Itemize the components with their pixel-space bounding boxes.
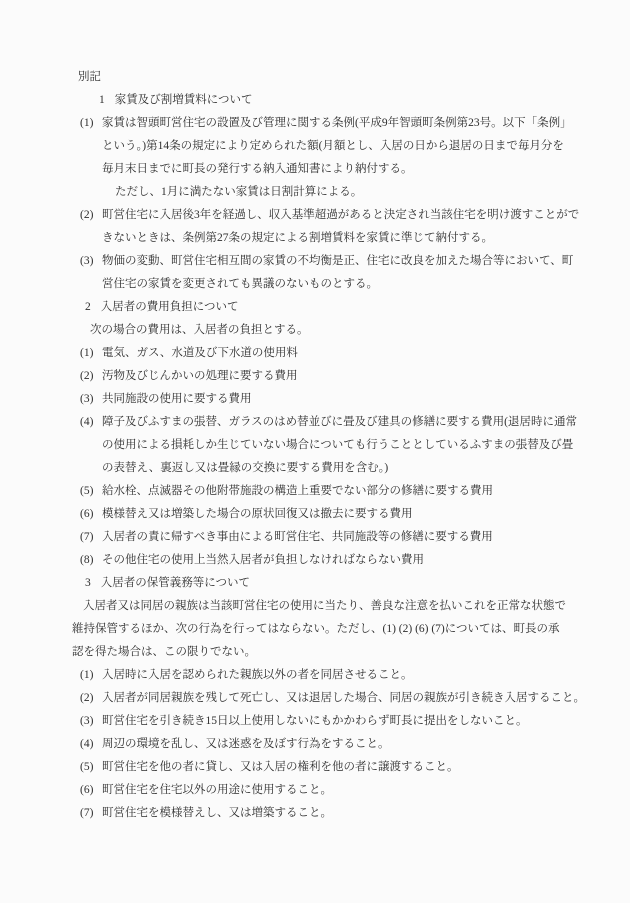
item-line: 電気、ガス、水道及び下水道の使用料 — [102, 342, 630, 365]
item-marker: (2) — [80, 365, 93, 388]
item-line: 町営住宅を他の者に貸し、又は入居の権利を他の者に譲渡すること。 — [102, 756, 630, 779]
item-marker: (1) — [80, 342, 93, 365]
item-marker: (7) — [80, 802, 93, 825]
item-line: 町営住宅に入居後3年を経過し、収入基準超過があると決定され当該住宅を明け渡すこと… — [102, 204, 630, 227]
list-item: (6) 模様替え又は増築した場合の原状回復又は撤去に要する費用 — [80, 503, 630, 526]
section-number: 3 — [85, 572, 91, 595]
item-marker: (3) — [80, 388, 93, 411]
item-line: その他住宅の使用上当然入居者が負担しなければならない費用 — [102, 549, 630, 572]
section-title: 入居者の保管義務等について — [101, 572, 250, 595]
section-title: 入居者の費用負担について — [101, 296, 239, 319]
paragraph-line: 認を得た場合は、この限りでない。 — [72, 641, 630, 664]
item-line: 入居者が同居親族を残して死亡し、又は退居した場合、同居の親族が引き続き入居するこ… — [102, 687, 630, 710]
list-item: (7) 入居者の責に帰すべき事由による町営住宅、共同施設等の修繕に要する費用 — [80, 526, 630, 549]
item-line: 模様替え又は増築した場合の原状回復又は撤去に要する費用 — [102, 503, 630, 526]
item-line: の使用による損耗しか生じていない場合についても行うこととしているふすまの張替及び… — [102, 434, 630, 457]
item-line: の表替え、裏返し又は畳縁の交換に要する費用を含む。) — [102, 457, 630, 480]
item-line: 営住宅の家賃を変更されても異議のないものとする。 — [102, 273, 630, 296]
item-marker: (3) — [80, 250, 93, 273]
item-marker: (8) — [80, 549, 93, 572]
item-line: 給水栓、点滅器その他附帯施設の構造上重要でない部分の修繕に要する費用 — [102, 480, 630, 503]
list-item: (4) 障子及びふすまの張替、ガラスのはめ替並びに畳及び建具の修繕に要する費用(… — [80, 411, 630, 480]
section-3-heading: 3入居者の保管義務等について — [85, 572, 630, 595]
item-marker: (1) — [80, 664, 93, 687]
document-label: 別記 — [78, 66, 630, 89]
section-title: 家賃及び割増賃料について — [115, 89, 253, 112]
section-lead: 次の場合の費用は、入居者の負担とする。 — [90, 319, 630, 342]
section-2-heading: 2入居者の費用負担について — [85, 296, 630, 319]
list-item: (2) 町営住宅に入居後3年を経過し、収入基準超過があると決定され当該住宅を明け… — [80, 204, 630, 250]
section-paragraph: 入居者又は同居の親族は当該町営住宅の使用に当たり、善良な注意を払いこれを正常な状… — [72, 595, 630, 664]
item-note: ただし、1月に満たない家賃は日割計算による。 — [115, 181, 630, 204]
section-1: 1家賃及び割増賃料について (1) 家賃は智頭町営住宅の設置及び管理に関する条例… — [0, 89, 630, 296]
item-marker: (2) — [80, 687, 93, 710]
list-item: (5) 町営住宅を他の者に貸し、又は入居の権利を他の者に譲渡すること。 — [80, 756, 630, 779]
list-item: (8) その他住宅の使用上当然入居者が負担しなければならない費用 — [80, 549, 630, 572]
item-marker: (5) — [80, 480, 93, 503]
list-item: (3) 物価の変動、町営住宅相互間の家賃の不均衡是正、住宅に改良を加えた場合等に… — [80, 250, 630, 296]
list-item: (7) 町営住宅を模様替えし、又は増築すること。 — [80, 802, 630, 825]
section-1-heading: 1家賃及び割増賃料について — [99, 89, 630, 112]
section-number: 2 — [85, 296, 91, 319]
section-3: 3入居者の保管義務等について 入居者又は同居の親族は当該町営住宅の使用に当たり、… — [0, 572, 630, 825]
item-line: 町営住宅を住宅以外の用途に使用すること。 — [102, 779, 630, 802]
list-item: (3) 共同施設の使用に要する費用 — [80, 388, 630, 411]
list-item: (6) 町営住宅を住宅以外の用途に使用すること。 — [80, 779, 630, 802]
list-item: (5) 給水栓、点滅器その他附帯施設の構造上重要でない部分の修繕に要する費用 — [80, 480, 630, 503]
item-marker: (2) — [80, 204, 93, 227]
item-marker: (6) — [80, 779, 93, 802]
item-marker: (4) — [80, 733, 93, 756]
item-marker: (4) — [80, 411, 93, 434]
item-line: 物価の変動、町営住宅相互間の家賃の不均衡是正、住宅に改良を加えた場合等において、… — [102, 250, 630, 273]
item-line: 入居時に入居を認められた親族以外の者を同居させること。 — [102, 664, 630, 687]
section-number: 1 — [99, 89, 105, 112]
list-item: (3) 町営住宅を引き続き15日以上使用しないにもかかわらず町長に提出をしないこ… — [80, 710, 630, 733]
item-line: きないときは、条例第27条の規定による割増賃料を家賃に準じて納付する。 — [102, 227, 630, 250]
paragraph-line: 維持保管するほか、次の行為を行ってはならない。ただし、(1) (2) (6) (… — [72, 618, 630, 641]
list-item: (2) 汚物及びじんかいの処理に要する費用 — [80, 365, 630, 388]
item-line: 入居者の責に帰すべき事由による町営住宅、共同施設等の修繕に要する費用 — [102, 526, 630, 549]
list-item: (4) 周辺の環境を乱し、又は迷惑を及ぼす行為をすること。 — [80, 733, 630, 756]
item-line: 周辺の環境を乱し、又は迷惑を及ぼす行為をすること。 — [102, 733, 630, 756]
item-marker: (3) — [80, 710, 93, 733]
item-marker: (5) — [80, 756, 93, 779]
item-line: 家賃は智頭町営住宅の設置及び管理に関する条例(平成9年智頭町条例第23号。以下「… — [102, 112, 630, 135]
item-line: 汚物及びじんかいの処理に要する費用 — [102, 365, 630, 388]
item-marker: (6) — [80, 503, 93, 526]
item-line: という。)第14条の規定により定められた額(月額とし、入居の日から退居の日まで毎… — [102, 135, 630, 158]
section-2: 2入居者の費用負担について 次の場合の費用は、入居者の負担とする。 (1) 電気… — [0, 296, 630, 572]
list-item: (1) 電気、ガス、水道及び下水道の使用料 — [80, 342, 630, 365]
item-line: 町営住宅を引き続き15日以上使用しないにもかかわらず町長に提出をしないこと。 — [102, 710, 630, 733]
list-item: (1) 入居時に入居を認められた親族以外の者を同居させること。 — [80, 664, 630, 687]
item-marker: (1) — [80, 112, 93, 135]
item-marker: (7) — [80, 526, 93, 549]
item-line: 共同施設の使用に要する費用 — [102, 388, 630, 411]
item-line: 町営住宅を模様替えし、又は増築すること。 — [102, 802, 630, 825]
list-item: (1) 家賃は智頭町営住宅の設置及び管理に関する条例(平成9年智頭町条例第23号… — [80, 112, 630, 181]
item-line: 毎月末日までに町長の発行する納入通知書により納付する。 — [102, 158, 630, 181]
item-line: 障子及びふすまの張替、ガラスのはめ替並びに畳及び建具の修繕に要する費用(退居時に… — [102, 411, 630, 434]
paragraph-line: 入居者又は同居の親族は当該町営住宅の使用に当たり、善良な注意を払いこれを正常な状… — [72, 595, 630, 618]
list-item: (2) 入居者が同居親族を残して死亡し、又は退居した場合、同居の親族が引き続き入… — [80, 687, 630, 710]
document-page: 別記 1家賃及び割増賃料について (1) 家賃は智頭町営住宅の設置及び管理に関す… — [0, 0, 630, 903]
